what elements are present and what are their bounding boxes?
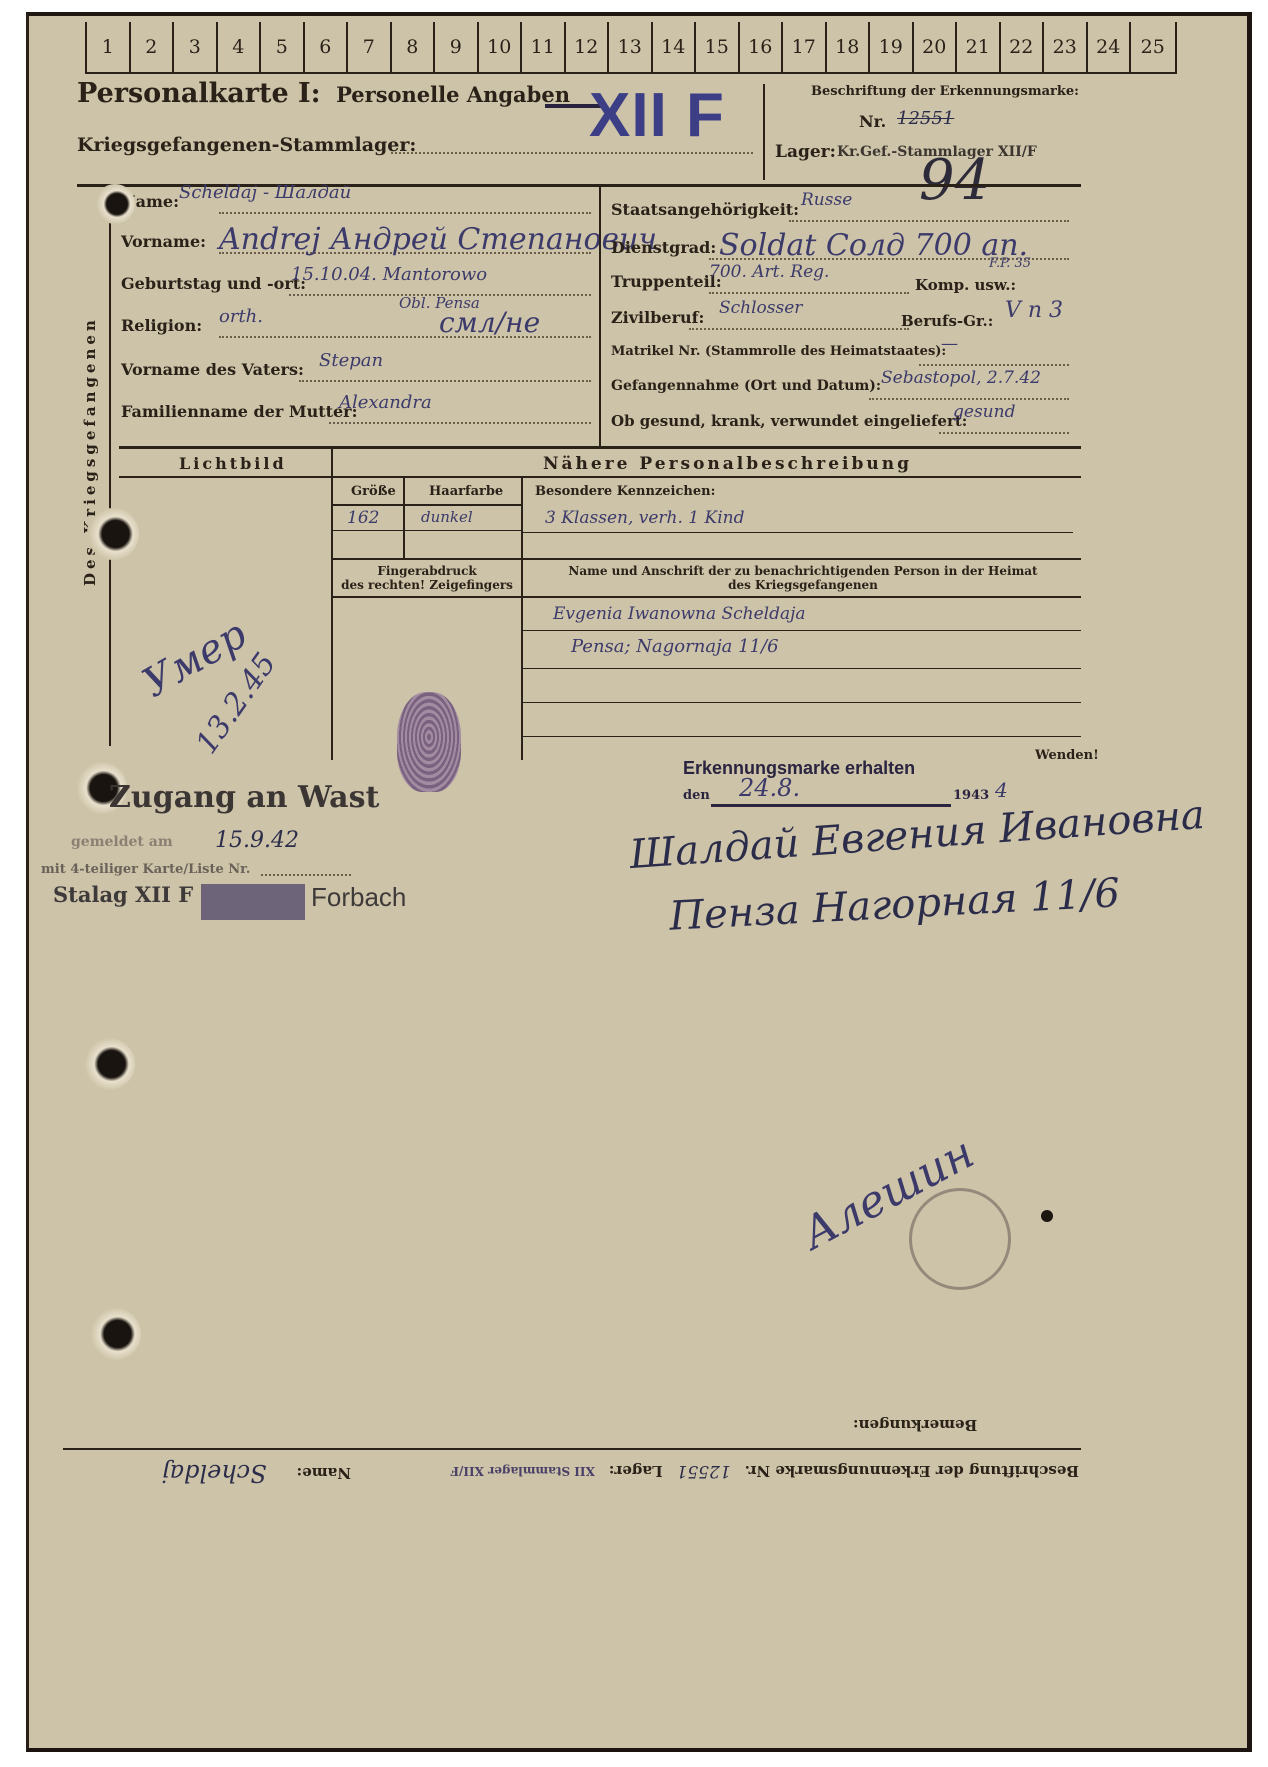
punch-hole xyxy=(87,508,139,560)
bottom-tag-label: Beschriftung der Erkennungsmarke Nr. xyxy=(745,1462,1079,1480)
field-line xyxy=(919,364,1069,366)
height-label: Größe xyxy=(351,484,396,499)
grid-line xyxy=(403,478,405,558)
hair-value: dunkel xyxy=(421,508,473,526)
number-cell: 22 xyxy=(1001,22,1045,72)
fingerprint-label: Fingerabdruckdes rechten! Zeigefingers xyxy=(333,564,521,592)
field-value: Stepan xyxy=(319,350,383,371)
field-label: Dienstgrad: xyxy=(611,238,716,257)
field-value: Sebastopol, 2.7.42 xyxy=(881,368,1041,388)
punch-hole xyxy=(89,1308,141,1360)
field-value: Scheldaj - Шалдай xyxy=(179,182,351,203)
field-value: orth. xyxy=(219,306,263,327)
field-line xyxy=(939,432,1069,434)
number-cell: 21 xyxy=(957,22,1001,72)
russian-note-line-2: Пенза Нагорная 11/6 xyxy=(668,870,1121,940)
number-cell: 17 xyxy=(783,22,827,72)
number-cell: 4 xyxy=(218,22,262,72)
field-label: Staatsangehörigkeit: xyxy=(611,200,799,219)
personnel-card: 1234567891011121314151617181920212223242… xyxy=(26,12,1252,1752)
field-value: Alexandra xyxy=(339,392,432,413)
field-label: Gefangennahme (Ort und Datum): xyxy=(611,378,881,394)
wast-reported-date: 15.9.42 xyxy=(215,828,299,853)
mid-divider xyxy=(599,186,601,448)
wast-list-line xyxy=(261,874,351,876)
camp-field-line xyxy=(391,152,753,154)
remarks-label: Bemerkungen: xyxy=(853,1416,977,1434)
header-divider xyxy=(763,84,765,180)
grid-line xyxy=(333,596,1081,598)
wast-reported-label: gemeldet am xyxy=(71,834,173,850)
bottom-name-row: Name: Scheldaj xyxy=(121,1456,351,1490)
bottom-tag-row: Beschriftung der Erkennungsmarke Nr. 125… xyxy=(399,1456,1079,1486)
grid-line xyxy=(333,530,521,531)
field-value: — xyxy=(941,334,958,354)
tag-received-year: 1943 xyxy=(953,788,989,803)
overwritten-number: 94 xyxy=(919,148,990,213)
photo-divider xyxy=(331,448,333,760)
grid-line xyxy=(523,702,1081,703)
field-line xyxy=(219,212,591,214)
wast-place: Forbach xyxy=(311,882,406,913)
lager-label: Lager: xyxy=(775,142,836,162)
contact-line-1: Evgenia Iwanowna Scheldaja xyxy=(553,604,806,624)
fingerprint-image xyxy=(397,692,461,792)
number-cell: 7 xyxy=(348,22,392,72)
side-rule xyxy=(109,186,111,746)
height-value: 162 xyxy=(347,508,379,528)
field-line xyxy=(299,380,591,382)
field-label: Vorname des Vaters: xyxy=(121,360,304,379)
description-rule xyxy=(119,476,1081,478)
field-label: Zivilberuf: xyxy=(611,308,704,327)
number-strip: 1234567891011121314151617181920212223242… xyxy=(85,22,1177,74)
camp-stamp: XII F xyxy=(589,80,725,151)
field-value: Russe xyxy=(801,190,852,210)
number-cell: 9 xyxy=(435,22,479,72)
tag-nr-label: Nr. xyxy=(859,112,886,131)
number-cell: 8 xyxy=(392,22,436,72)
field-value: 700. Art. Reg. xyxy=(709,262,829,282)
field-label: Matrikel Nr. (Stammrolle des Heimatstaat… xyxy=(611,344,946,359)
marks-label: Besondere Kennzeichen: xyxy=(535,484,715,499)
bottom-name-value: Scheldaj xyxy=(162,1459,266,1487)
number-cell: 20 xyxy=(914,22,958,72)
field-label: Religion: xyxy=(121,316,202,335)
punch-hole xyxy=(95,184,135,224)
field-value: gesund xyxy=(953,402,1015,422)
redaction-stamp xyxy=(201,884,305,920)
tag-received-prefix: den xyxy=(683,788,710,803)
turn-over-label: Wenden! xyxy=(1035,748,1099,763)
number-cell: 24 xyxy=(1088,22,1132,72)
number-cell: 14 xyxy=(653,22,697,72)
tag-heading: Beschriftung der Erkennungsmarke: xyxy=(811,84,1079,99)
number-cell: 23 xyxy=(1044,22,1088,72)
field-extra-value: F.P. 35 xyxy=(989,256,1031,271)
number-cell: 2 xyxy=(131,22,175,72)
field-extra-value: V n 3 xyxy=(1005,298,1063,323)
field-line xyxy=(689,328,909,330)
bottom-lager-label: Lager: xyxy=(609,1462,663,1480)
contact-label: Name und Anschrift der zu benachrichtige… xyxy=(525,564,1081,592)
hair-label: Haarfarbe xyxy=(429,484,503,499)
grid-line xyxy=(523,736,1081,737)
field-label: Truppenteil: xyxy=(611,272,722,291)
number-cell: 18 xyxy=(827,22,871,72)
wast-list-label: mit 4-teiliger Karte/Liste Nr. xyxy=(41,862,250,877)
field-value: Schlosser xyxy=(719,298,802,318)
bottom-tag-value: 12551 xyxy=(677,1461,731,1481)
tag-received-year-hand: 4 xyxy=(995,778,1008,802)
field-line xyxy=(329,422,591,424)
number-cell: 13 xyxy=(609,22,653,72)
field-label: Familienname der Mutter: xyxy=(121,402,358,421)
bottom-lager-value: XII Stammlager XII/F xyxy=(450,1464,594,1478)
grid-line xyxy=(521,478,523,760)
marks-value: 3 Klassen, verh. 1 Kind xyxy=(545,508,745,528)
round-stamp xyxy=(909,1188,1011,1290)
wast-stamp-title: Zugang an Wast xyxy=(109,780,379,815)
field-line xyxy=(709,292,909,294)
grid-line xyxy=(523,532,1073,533)
field-value-secondary: смл/не xyxy=(439,306,540,339)
tag-received-date: 24.8. xyxy=(739,774,800,802)
ink-dot xyxy=(1041,1210,1053,1222)
number-cell: 12 xyxy=(566,22,610,72)
section-rule xyxy=(119,446,1081,449)
number-cell: 15 xyxy=(696,22,740,72)
bottom-rule xyxy=(63,1448,1081,1450)
photo-label: Lichtbild xyxy=(179,454,287,473)
number-cell: 10 xyxy=(479,22,523,72)
field-label: Ob gesund, krank, verwundet eingeliefert… xyxy=(611,412,967,430)
grid-line xyxy=(333,504,521,506)
field-value: Soldat Солд 700 ап. xyxy=(719,228,1028,263)
tag-nr-value: 12551 xyxy=(897,108,954,129)
bottom-name-label: Name: xyxy=(297,1464,351,1482)
wast-stalag: Stalag XII F xyxy=(53,882,193,907)
field-value: 15.10.04. Mantorowo xyxy=(291,264,487,285)
field-label: Geburtstag und -ort: xyxy=(121,274,306,293)
card-subtitle: Personelle Angaben xyxy=(336,82,570,107)
field-line xyxy=(869,398,1069,400)
grid-line xyxy=(333,558,1081,560)
field-extra-label: Komp. usw.: xyxy=(915,276,1016,294)
card-title: Personalkarte I: Personelle Angaben xyxy=(77,78,570,109)
number-cell: 19 xyxy=(870,22,914,72)
number-cell: 5 xyxy=(261,22,305,72)
field-label: Vorname: xyxy=(121,232,206,251)
grid-line xyxy=(523,630,1081,631)
field-extra-label: Berufs-Gr.: xyxy=(901,312,993,330)
grid-line xyxy=(523,668,1081,669)
number-cell: 25 xyxy=(1131,22,1175,72)
number-cell: 3 xyxy=(174,22,218,72)
number-cell: 1 xyxy=(87,22,131,72)
punch-hole xyxy=(83,1038,135,1090)
field-line xyxy=(789,220,1069,222)
description-heading: Nähere Personalbeschreibung xyxy=(543,454,912,474)
camp-label: Kriegsgefangenen-Stammlager: xyxy=(77,134,416,156)
tag-received-line xyxy=(711,804,951,807)
field-value: Andrej Андрей Степанович xyxy=(219,222,657,257)
number-cell: 11 xyxy=(522,22,566,72)
number-cell: 6 xyxy=(305,22,349,72)
contact-line-2: Pensa; Nagornaja 11/6 xyxy=(571,636,779,657)
number-cell: 16 xyxy=(740,22,784,72)
